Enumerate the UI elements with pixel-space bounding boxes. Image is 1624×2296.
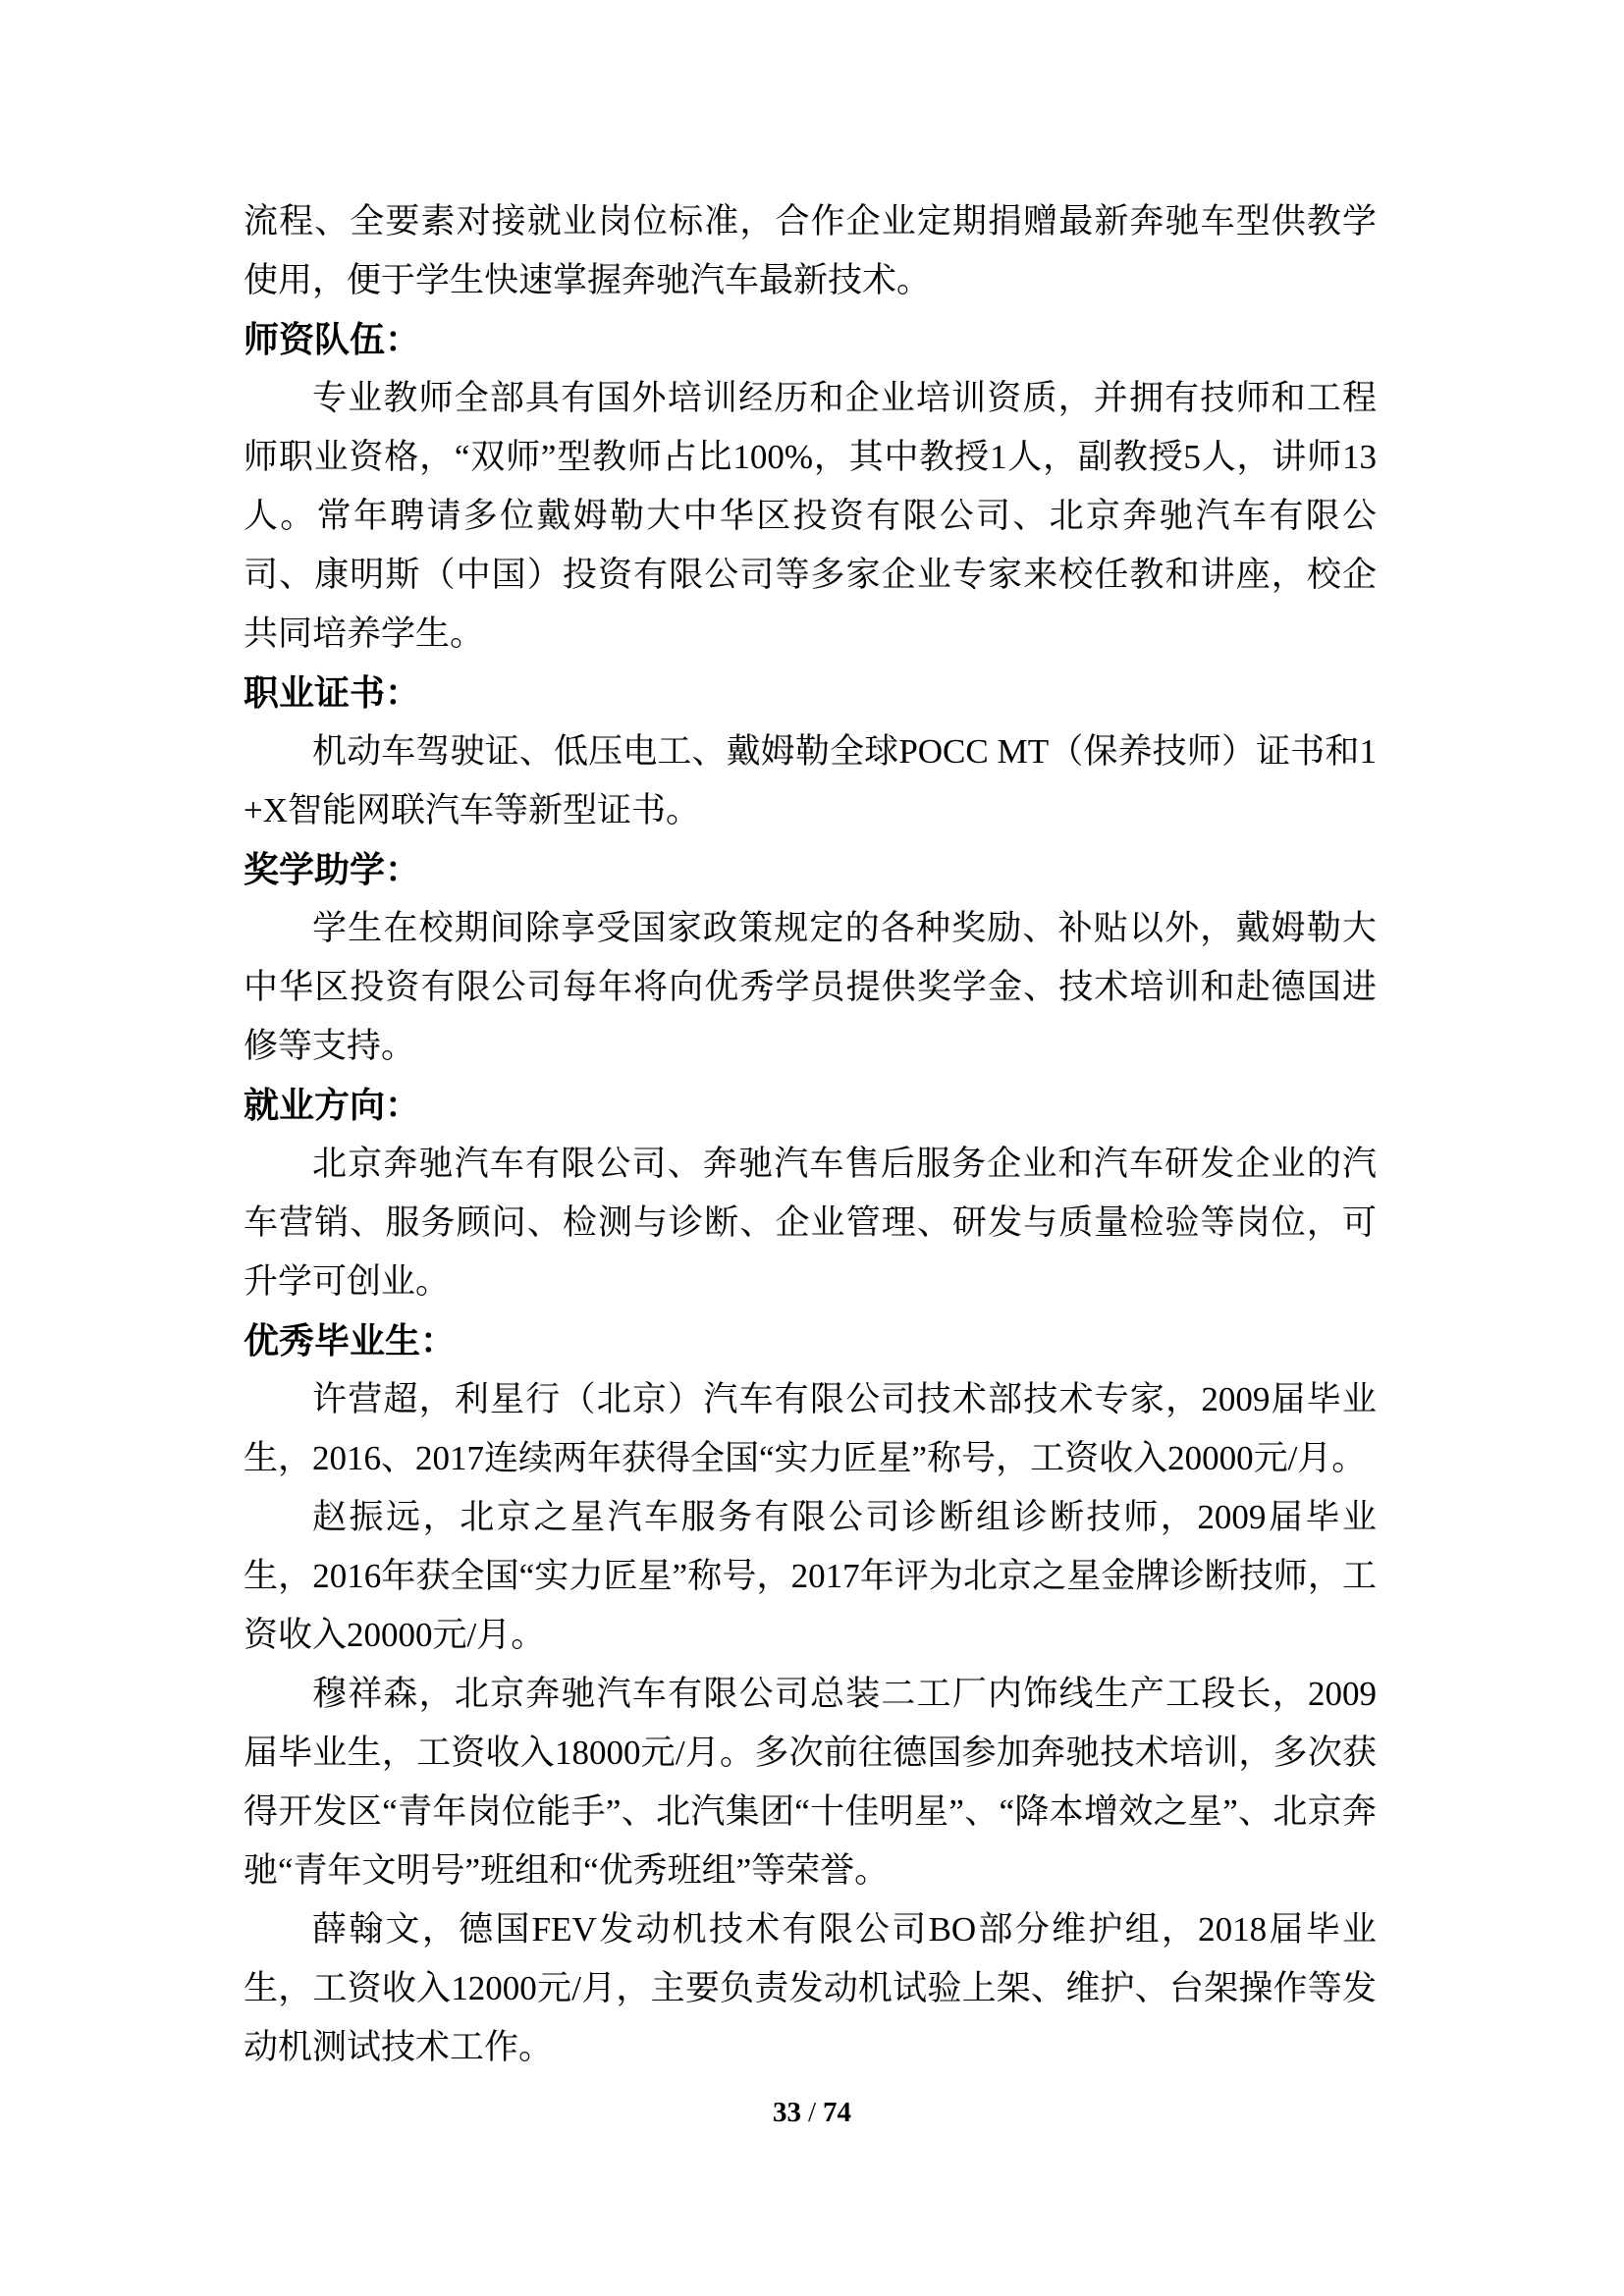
paragraph-graduate-xuehanwen: 薛翰文，德国FEV发动机技术有限公司BO部分维护组，2018届毕业生，工资收入1… <box>244 1900 1377 2077</box>
paragraph-training-process: 流程、全要素对接就业岗位标准，合作企业定期捐赠最新奔驰车型供教学使用，便于学生快… <box>244 192 1377 310</box>
paragraph-scholarships: 学生在校期间除享受国家政策规定的各种奖励、补贴以外，戴姆勒大中华区投资有限公司每… <box>244 899 1377 1076</box>
heading-employment-direction: 就业方向： <box>244 1076 1377 1135</box>
paragraph-employment-direction: 北京奔驰汽车有限公司、奔驰汽车售后服务企业和汽车研发企业的汽车营销、服务顾问、检… <box>244 1135 1377 1311</box>
page-number-separator: / <box>808 2097 816 2128</box>
heading-scholarships: 奖学助学： <box>244 840 1377 899</box>
heading-outstanding-graduates: 优秀毕业生： <box>244 1311 1377 1370</box>
page-number-current: 33 <box>773 2097 801 2128</box>
paragraph-graduate-xuyingchao: 许营超，利星行（北京）汽车有限公司技术部技术专家，2009届毕业生，2016、2… <box>244 1370 1377 1488</box>
page-number-total: 74 <box>823 2097 851 2128</box>
page-footer: 33/74 <box>0 2097 1624 2129</box>
paragraph-faculty-team: 专业教师全部具有国外培训经历和企业培训资质，并拥有技师和工程师职业资格，“双师”… <box>244 369 1377 664</box>
paragraph-graduate-zhaozhenyuan: 赵振远，北京之星汽车服务有限公司诊断组诊断技师，2009届毕业生，2016年获全… <box>244 1488 1377 1665</box>
document-page: 流程、全要素对接就业岗位标准，合作企业定期捐赠最新奔驰车型供教学使用，便于学生快… <box>0 0 1624 2296</box>
paragraph-vocational-certificates: 机动车驾驶证、低压电工、戴姆勒全球POCC MT（保养技师）证书和1+X智能网联… <box>244 722 1377 840</box>
heading-faculty-team: 师资队伍： <box>244 310 1377 369</box>
heading-vocational-certificates: 职业证书： <box>244 664 1377 722</box>
page-content: 流程、全要素对接就业岗位标准，合作企业定期捐赠最新奔驰车型供教学使用，便于学生快… <box>244 192 1377 2077</box>
paragraph-graduate-muxiangsen: 穆祥森，北京奔驰汽车有限公司总装二工厂内饰线生产工段长，2009届毕业生，工资收… <box>244 1665 1377 1900</box>
